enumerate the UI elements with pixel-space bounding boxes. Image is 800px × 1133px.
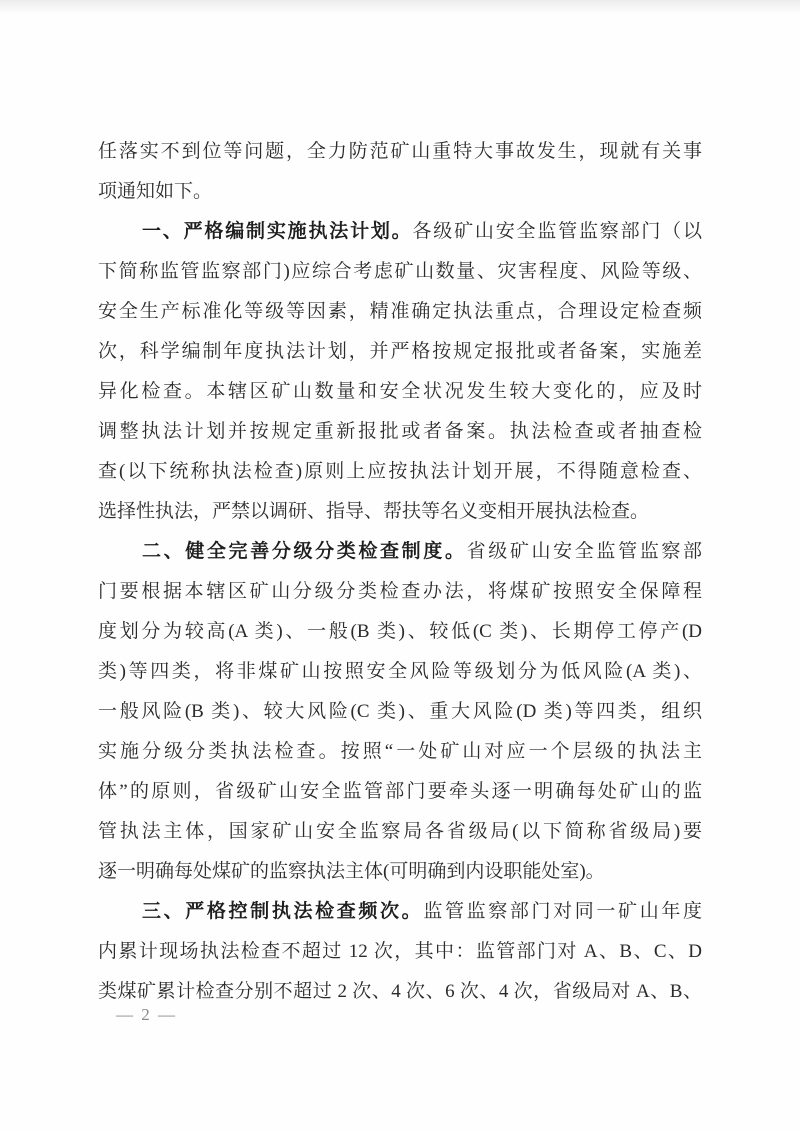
text-segment: 内累计现场执法检查不超过 12 次，其中：监管部门对 A、B、C、D [98,941,702,962]
text-segment: 选择性执法，严禁以调研、指导、帮扶等名义变相开展执法检查。 [98,501,649,522]
text-segment: 逐一明确每处煤矿的监察执法主体(可明确到内设职能处室)。 [98,861,605,882]
text-line: 安全生产标准化等级等因素，精准确定执法重点，合理设定检查频 [98,292,702,332]
text-segment: 项通知如下。 [98,181,212,202]
text-line: 类煤矿累计检查分别不超过 2 次、4 次、6 次、4 次，省级局对 A、B、 [98,972,702,1012]
text-line: 调整执法计划并按规定重新报批或者备案。执法检查或者抽查检 [98,412,702,452]
text-line: 一、严格编制实施执法计划。各级矿山安全监管监察部门（以 [98,212,702,252]
text-segment: 管执法主体，国家矿山安全监察局各省级局(以下简称省级局)要 [98,821,702,842]
text-line: 任落实不到位等问题，全力防范矿山重特大事故发生，现就有关事 [98,132,702,172]
section-heading: 二、健全完善分级分类检查制度。 [142,541,467,562]
text-line: 类)等四类，将非煤矿山按照安全风险等级划分为低风险(A 类)、 [98,652,702,692]
text-line: 实施分级分类执法检查。按照“一处矿山对应一个层级的执法主 [98,732,702,772]
text-segment: 一般风险(B 类)、较大风险(C 类)、重大风险(D 类)等四类，组织 [98,701,702,722]
text-segment: 异化检查。本辖区矿山数量和安全状况发生较大变化的，应及时 [98,381,702,402]
text-line: 一般风险(B 类)、较大风险(C 类)、重大风险(D 类)等四类，组织 [98,692,702,732]
text-segment: 安全生产标准化等级等因素，精准确定执法重点，合理设定检查频 [98,301,702,322]
document-body: 任落实不到位等问题，全力防范矿山重特大事故发生，现就有关事项通知如下。一、严格编… [98,132,702,1012]
text-line: 体”的原则，省级矿山安全监管部门要牵头逐一明确每处矿山的监 [98,772,702,812]
text-segment: 下简称监管监察部门)应综合考虑矿山数量、灾害程度、风险等级、 [98,261,702,282]
text-segment: 体”的原则，省级矿山安全监管部门要牵头逐一明确每处矿山的监 [98,781,702,802]
text-segment: 类)等四类，将非煤矿山按照安全风险等级划分为低风险(A 类)、 [98,661,702,682]
text-line: 次，科学编制年度执法计划，并严格按规定报批或者备案，实施差 [98,332,702,372]
text-segment: 实施分级分类执法检查。按照“一处矿山对应一个层级的执法主 [98,741,702,762]
text-segment: 各级矿山安全监管监察部门（以 [413,221,703,242]
text-segment: 门要根据本辖区矿山分级分类检查办法，将煤矿按照安全保障程 [98,581,702,602]
text-line: 二、健全完善分级分类检查制度。省级矿山安全监管监察部 [98,532,702,572]
text-segment: 次，科学编制年度执法计划，并严格按规定报批或者备案，实施差 [98,341,702,362]
text-segment: 省级矿山安全监管监察部 [467,541,702,562]
text-segment: 调整执法计划并按规定重新报批或者备案。执法检查或者抽查检 [98,421,702,442]
text-line: 逐一明确每处煤矿的监察执法主体(可明确到内设职能处室)。 [98,852,702,892]
text-line: 项通知如下。 [98,172,702,212]
text-line: 管执法主体，国家矿山安全监察局各省级局(以下简称省级局)要 [98,812,702,852]
text-line: 查(以下统称执法检查)原则上应按执法计划开展，不得随意检查、 [98,452,702,492]
document-page: 任落实不到位等问题，全力防范矿山重特大事故发生，现就有关事项通知如下。一、严格编… [0,0,800,1133]
section-heading: 一、严格编制实施执法计划。 [142,221,413,242]
text-line: 度划分为较高(A 类)、一般(B 类)、较低(C 类)、长期停工停产(D [98,612,702,652]
text-line: 内累计现场执法检查不超过 12 次，其中：监管部门对 A、B、C、D [98,932,702,972]
scan-edge-shadow [0,0,800,14]
section-heading: 三、严格控制执法检查频次。 [142,901,423,922]
text-segment: 度划分为较高(A 类)、一般(B 类)、较低(C 类)、长期停工停产(D [98,621,702,642]
text-segment: 监管监察部门对同一矿山年度 [423,901,702,922]
text-line: 下简称监管监察部门)应综合考虑矿山数量、灾害程度、风险等级、 [98,252,702,292]
text-line: 三、严格控制执法检查频次。监管监察部门对同一矿山年度 [98,892,702,932]
text-segment: 任落实不到位等问题，全力防范矿山重特大事故发生，现就有关事 [98,141,702,162]
text-line: 异化检查。本辖区矿山数量和安全状况发生较大变化的，应及时 [98,372,702,412]
text-line: 门要根据本辖区矿山分级分类检查办法，将煤矿按照安全保障程 [98,572,702,612]
text-segment: 类煤矿累计检查分别不超过 2 次、4 次、6 次、4 次，省级局对 A、B、 [98,981,702,1002]
text-line: 选择性执法，严禁以调研、指导、帮扶等名义变相开展执法检查。 [98,492,702,532]
text-segment: 查(以下统称执法检查)原则上应按执法计划开展，不得随意检查、 [98,461,702,482]
page-number: — 2 — [116,1001,177,1029]
